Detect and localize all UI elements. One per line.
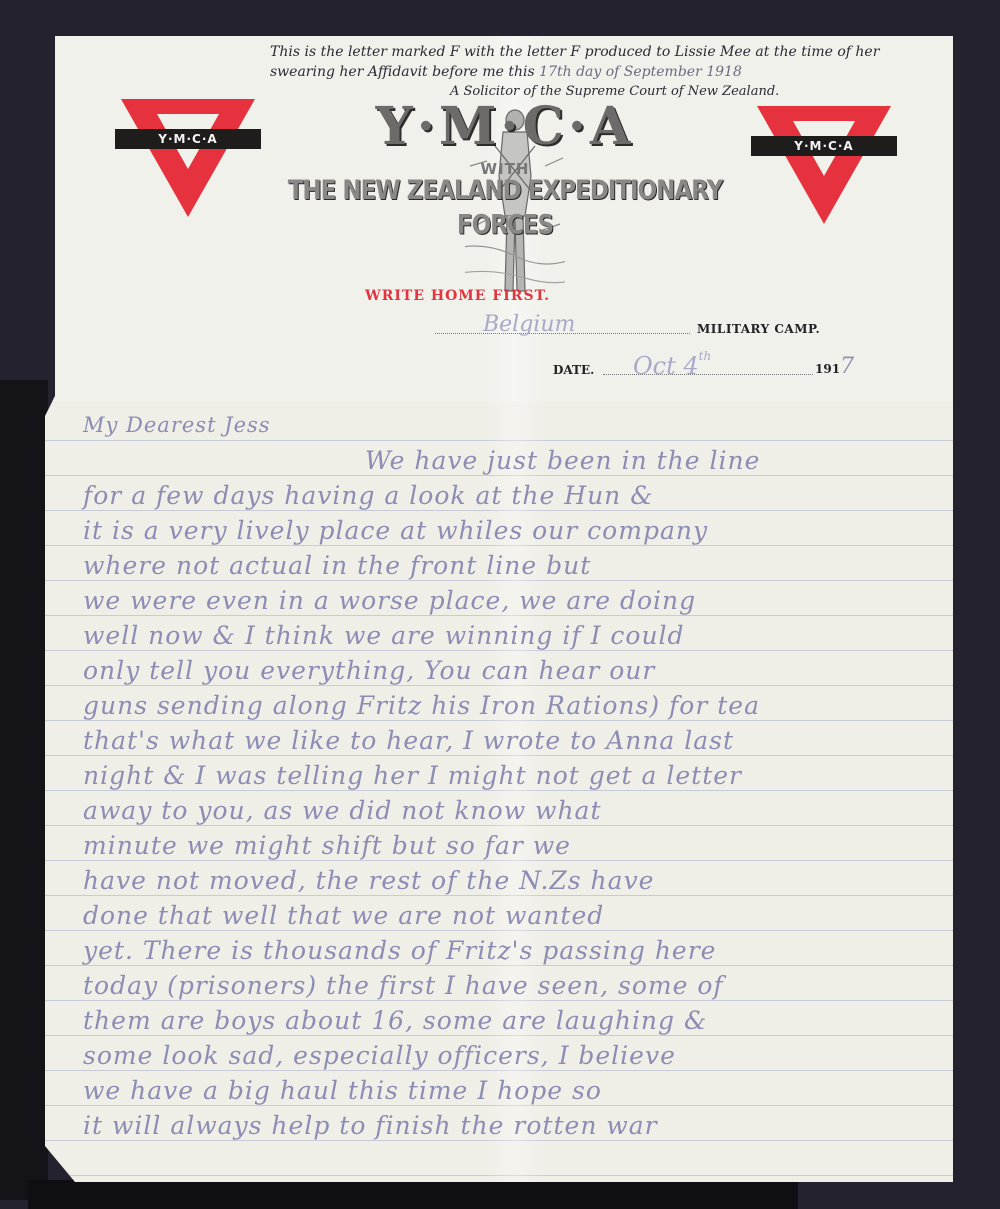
letter-line: guns sending along Fritz his Iron Ration… (83, 688, 953, 723)
letter-line: that's what we like to hear, I wrote to … (83, 723, 953, 758)
logo-label: Y·M·C·A (751, 136, 897, 156)
letter-page: This is the letter marked F with the let… (45, 36, 953, 1182)
letter-line: we were even in a worse place, we are do… (83, 583, 953, 618)
salutation: My Dearest Jess (83, 408, 953, 443)
letter-line: for a few days having a look at the Hun … (83, 478, 953, 513)
write-home-slogan: WRITE HOME FIRST. (365, 288, 550, 304)
logo-label: Y·M·C·A (115, 129, 261, 149)
letter-line: where not actual in the front line but (83, 548, 953, 583)
mount-backing-bottom (28, 1180, 798, 1209)
affidavit-line-2: swearing her Affidavit before me this 17… (270, 62, 950, 82)
letter-line: it will always help to finish the rotten… (83, 1108, 953, 1143)
date-field: DATE. Oct 4th 1917 (553, 349, 883, 383)
year-field: 1917 (815, 354, 854, 379)
date-value: Oct 4th (633, 349, 711, 380)
letter-line: We have just been in the line (83, 443, 953, 478)
letter-line: away to you, as we did not know what (83, 793, 953, 828)
letter-line: some look sad, especially officers, I be… (83, 1038, 953, 1073)
letter-line: minute we might shift but so far we (83, 828, 953, 863)
letter-line: night & I was telling her I might not ge… (83, 758, 953, 793)
letter-line: done that well that we are not wanted (83, 898, 953, 933)
year-value: 7 (840, 354, 854, 379)
military-camp-field: Belgium MILITARY CAMP. (435, 312, 875, 340)
affidavit-line-1: This is the letter marked F with the let… (270, 42, 950, 62)
letter-line: well now & I think we are winning if I c… (83, 618, 953, 653)
ymca-title: Y·M·C·A (275, 98, 735, 156)
camp-label: MILITARY CAMP. (697, 322, 820, 336)
nzef-subtitle: THE NEW ZEALAND EXPEDITIONARY FORCES (275, 174, 735, 243)
camp-value: Belgium (483, 312, 575, 337)
ymca-triangle-logo-left: Y·M·C·A (121, 99, 255, 217)
letter-line: it is a very lively place at whiles our … (83, 513, 953, 548)
letter-line: have not moved, the rest of the N.Zs hav… (83, 863, 953, 898)
ymca-triangle-logo-right: Y·M·C·A (757, 106, 891, 224)
letter-line: yet. There is thousands of Fritz's passi… (83, 933, 953, 968)
letter-body: My Dearest Jess We have just been in the… (83, 408, 953, 1143)
affidavit-annotation: This is the letter marked F with the let… (270, 42, 950, 102)
letterhead-masthead: Y·M·C·A WITH THE NEW ZEALAND EXPEDITIONA… (275, 98, 735, 238)
letter-line: them are boys about 16, some are laughin… (83, 1003, 953, 1038)
letter-line: we have a big haul this time I hope so (83, 1073, 953, 1108)
letter-line: only tell you everything, You can hear o… (83, 653, 953, 688)
letter-line: today (prisoners) the first I have seen,… (83, 968, 953, 1003)
affidavit-date: 17th day of September 1918 (539, 64, 742, 80)
mount-backing-left (0, 380, 48, 1200)
date-label: DATE. (553, 363, 594, 377)
